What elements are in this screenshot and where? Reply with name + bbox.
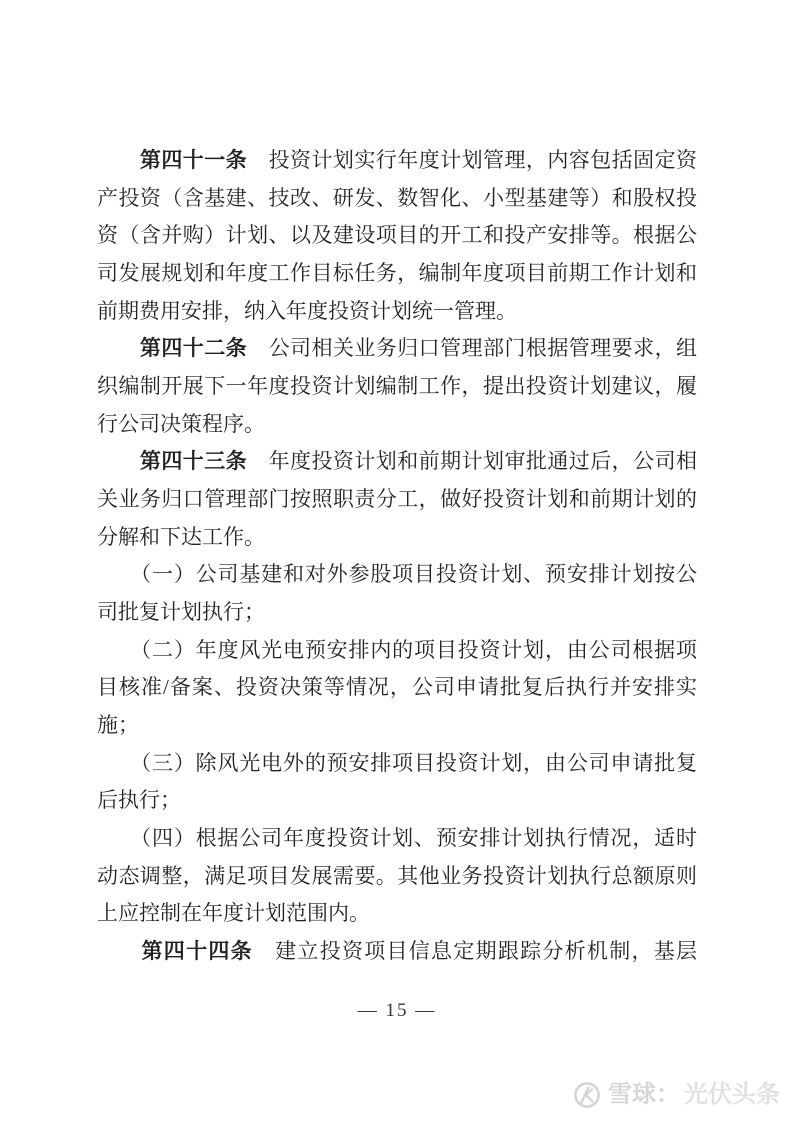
line-text: 资（含并购）计划、以及建设项目的开工和投产安排等。根据公	[97, 223, 697, 247]
document-line: 施；	[97, 707, 697, 745]
document-line: 产投资（含基建、技改、研发、数智化、小型基建等）和股权投	[97, 180, 697, 218]
watermark-brand: 雪球：	[608, 1080, 680, 1110]
document-line: 动态调整，满足项目发展需要。其他业务投资计划执行总额原则	[97, 858, 697, 896]
document-line: 司批复计划执行；	[97, 594, 697, 632]
watermark-label: 光伏头条	[684, 1080, 780, 1110]
document-line: 织编制开展下一年度投资计划编制工作，提出投资计划建议，履	[97, 368, 697, 406]
document-line: 上应控制在年度计划范围内。	[97, 895, 697, 933]
page-number: — 15 —	[0, 1000, 794, 1022]
line-text: （二）年度风光电预安排内的项目投资计划，由公司根据项	[97, 638, 697, 662]
line-text: 动态调整，满足项目发展需要。其他业务投资计划执行总额原则	[97, 864, 697, 888]
article-number: 第四十一条	[97, 148, 247, 172]
line-text: 公司相关业务归口管理部门根据管理要求，组	[247, 336, 697, 360]
document-line: 分解和下达工作。	[97, 519, 697, 557]
document-page: 第四十一条 投资计划实行年度计划管理，内容包括固定资产投资（含基建、技改、研发、…	[0, 0, 794, 1123]
document-line: （四）根据公司年度投资计划、预安排计划执行情况，适时	[97, 820, 697, 858]
line-text: （一）公司基建和对外参股项目投资计划、预安排计划按公	[97, 562, 697, 586]
article-number: 第四十二条	[97, 336, 247, 360]
watermark: 雪球： 光伏头条	[573, 1080, 780, 1110]
line-text: （三）除风光电外的预安排项目投资计划，由公司申请批复	[97, 751, 697, 775]
line-text: 行公司决策程序。	[97, 412, 265, 436]
document-line: （三）除风光电外的预安排项目投资计划，由公司申请批复	[97, 745, 697, 783]
line-text: 分解和下达工作。	[97, 525, 265, 549]
document-line: 第四十四条 建立投资项目信息定期跟踪分析机制，基层	[97, 933, 697, 971]
document-line: 第四十三条 年度投资计划和前期计划审批通过后，公司相	[97, 443, 697, 481]
line-text: 建立投资项目信息定期跟踪分析机制，基层	[253, 939, 697, 963]
document-line: 第四十一条 投资计划实行年度计划管理，内容包括固定资	[97, 142, 697, 180]
line-text: 产投资（含基建、技改、研发、数智化、小型基建等）和股权投	[97, 186, 697, 210]
document-line: （二）年度风光电预安排内的项目投资计划，由公司根据项	[97, 632, 697, 670]
line-text: 司批复计划执行；	[97, 600, 265, 624]
line-text: 目核准/备案、投资决策等情况，公司申请批复后执行并安排实	[97, 675, 697, 699]
document-line: 后执行；	[97, 782, 697, 820]
line-text: （四）根据公司年度投资计划、预安排计划执行情况，适时	[97, 826, 697, 850]
line-text: 前期费用安排，纳入年度投资计划统一管理。	[97, 299, 517, 323]
document-line: 第四十二条 公司相关业务归口管理部门根据管理要求，组	[97, 330, 697, 368]
document-line: 行公司决策程序。	[97, 406, 697, 444]
line-text: 后执行；	[97, 788, 181, 812]
document-line: 前期费用安排，纳入年度投资计划统一管理。	[97, 293, 697, 331]
document-line: （一）公司基建和对外参股项目投资计划、预安排计划按公	[97, 556, 697, 594]
line-text: 司发展规划和年度工作目标任务，编制年度项目前期工作计划和	[97, 261, 697, 285]
document-line: 关业务归口管理部门按照职责分工，做好投资计划和前期计划的	[97, 481, 697, 519]
line-text: 年度投资计划和前期计划审批通过后，公司相	[247, 449, 697, 473]
xueqiu-snowball-logo-icon	[573, 1081, 601, 1109]
line-text: 施；	[97, 713, 139, 737]
document-line: 资（含并购）计划、以及建设项目的开工和投产安排等。根据公	[97, 217, 697, 255]
article-number: 第四十三条	[97, 449, 247, 473]
document-line: 目核准/备案、投资决策等情况，公司申请批复后执行并安排实	[97, 669, 697, 707]
line-text: 投资计划实行年度计划管理，内容包括固定资	[247, 148, 697, 172]
line-text: 织编制开展下一年度投资计划编制工作，提出投资计划建议，履	[97, 374, 697, 398]
line-text: 关业务归口管理部门按照职责分工，做好投资计划和前期计划的	[97, 487, 697, 511]
line-text: 上应控制在年度计划范围内。	[97, 901, 370, 925]
article-number: 第四十四条	[97, 939, 253, 963]
document-body: 第四十一条 投资计划实行年度计划管理，内容包括固定资产投资（含基建、技改、研发、…	[97, 142, 697, 971]
document-line: 司发展规划和年度工作目标任务，编制年度项目前期工作计划和	[97, 255, 697, 293]
